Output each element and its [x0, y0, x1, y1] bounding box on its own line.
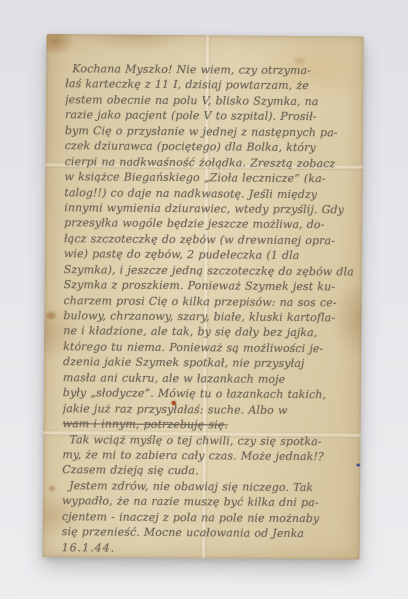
letter-line: Szymka z proszkiem. Ponieważ Szymek jest…	[64, 277, 357, 295]
stain-blue-mark	[356, 463, 360, 466]
letter-line: były „słodycze”. Mówię tu o łazankach ta…	[63, 385, 356, 403]
foxing-spot	[46, 312, 55, 319]
letter-line: się przenieść. Mocne ucałowania od Jenka	[62, 524, 355, 542]
foxing-spot	[49, 486, 55, 491]
letter-photo: Kochana Myszko! Nie wiem, czy otrzyma- ł…	[0, 0, 408, 599]
letter-date: 16.1.44.	[62, 540, 355, 558]
letter-line: wypadło, że na razie muszę być kilka dni…	[62, 493, 355, 511]
letter-line-crossed-out: wam i innym, potrzebuję się.	[63, 416, 356, 434]
handwritten-text-block: Kochana Myszko! Nie wiem, czy otrzyma- ł…	[62, 61, 359, 553]
letter-line: w książce Biegańskiego „Zioła lecznicze”…	[64, 169, 357, 187]
letter-line: wie) pastę do zębów, 2 pudełeczka (1 dla	[64, 246, 357, 264]
letter-line: czek dziurawca (pociętego) dla Bolka, kt…	[65, 138, 358, 156]
letter-paper: Kochana Myszko! Nie wiem, czy otrzyma- ł…	[43, 34, 364, 559]
